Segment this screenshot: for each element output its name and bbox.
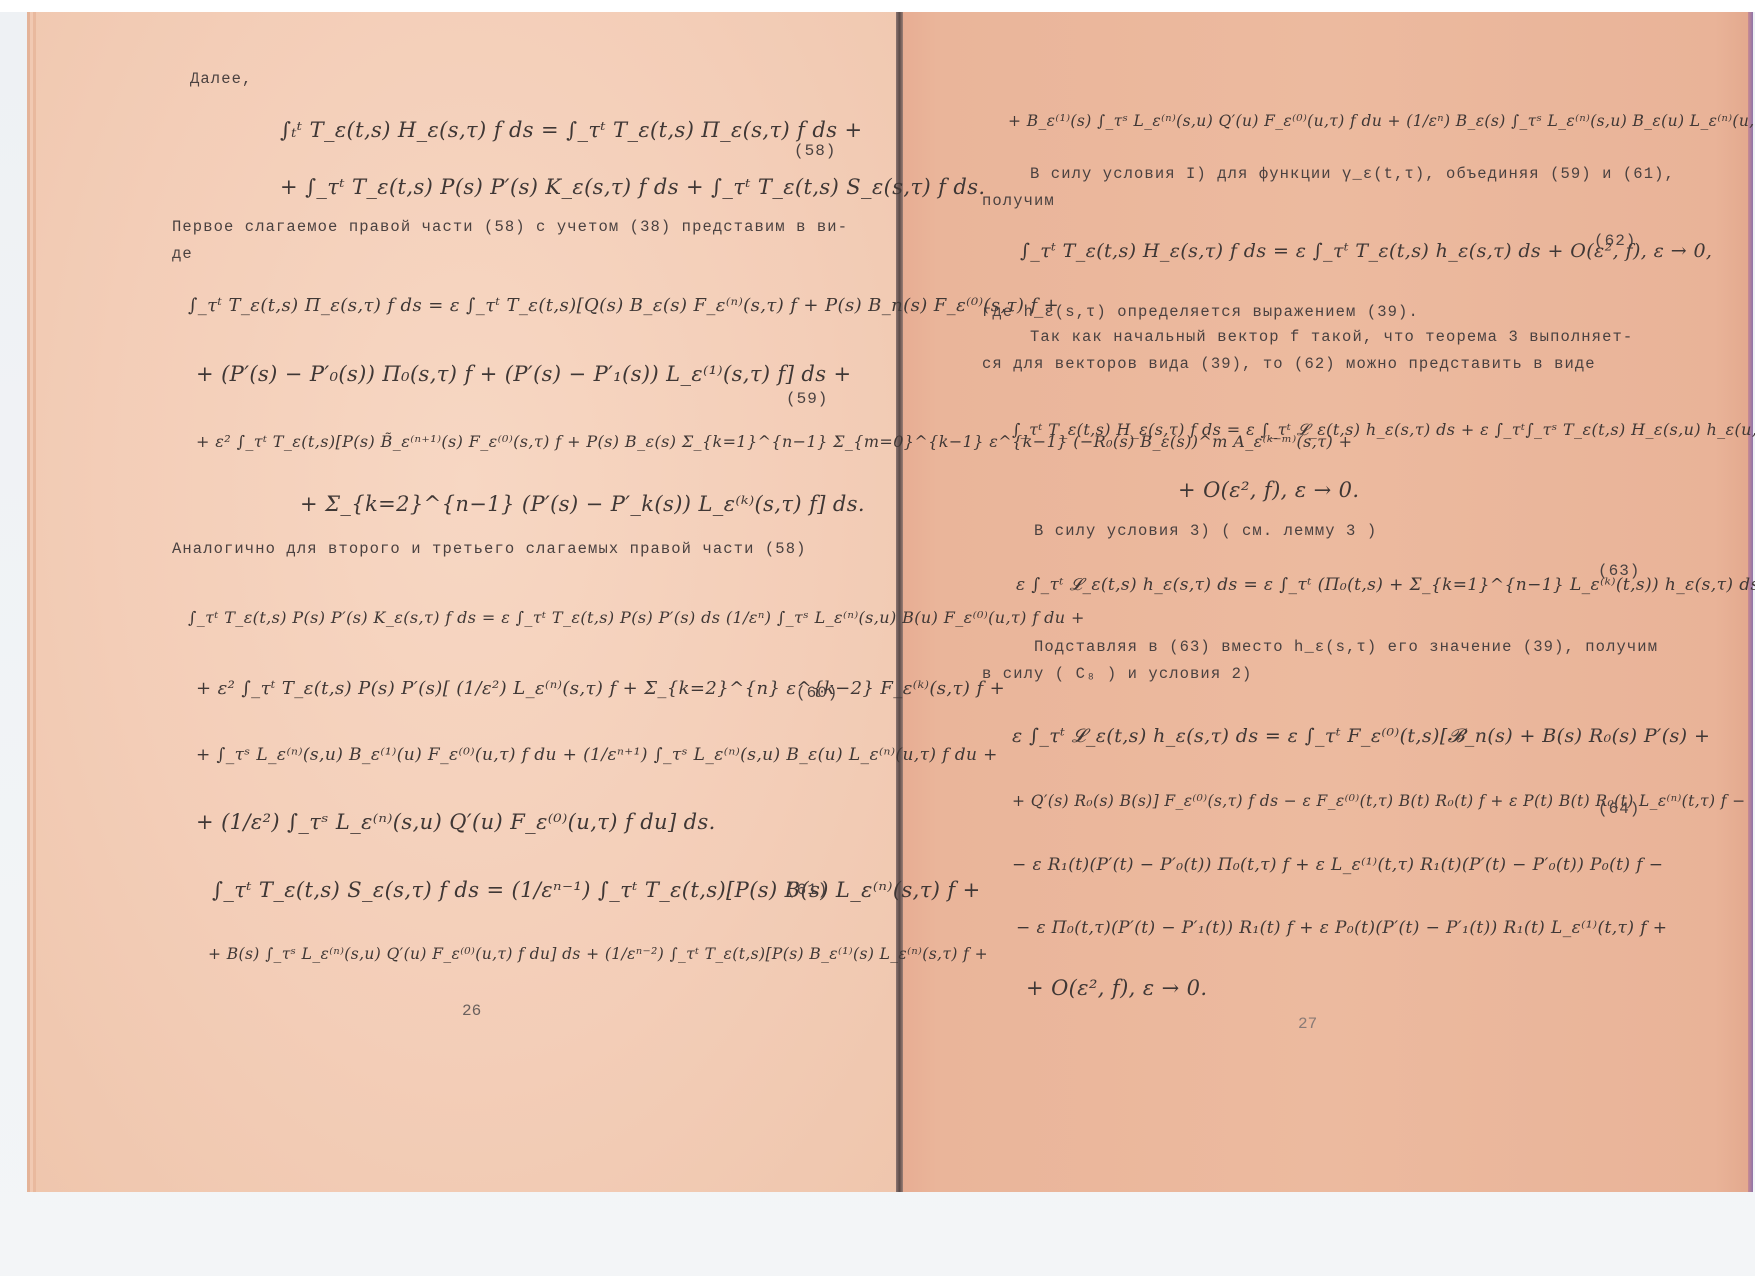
text-line: В силу условия 3) ( см. лемму 3 ) [1034, 522, 1377, 540]
text-line: Аналогично для второго и третьего слагае… [172, 540, 807, 558]
text-line: де [172, 245, 193, 263]
equation-line: ∫_τᵗ T_ε(t,s) P(s) P′(s) K_ε(s,τ) f ds =… [188, 608, 1085, 627]
text-line: Подставляя в (63) вместо h_ε(s,τ) его зн… [1034, 638, 1658, 656]
right-page-edge [1748, 12, 1753, 1192]
equation-line: − ε R₁(t)(P′(t) − P′₀(t)) Π₀(t,τ) f + ε … [1012, 855, 1663, 875]
equation-line: + O(ε², f), ε → 0. [1026, 976, 1208, 1000]
equation-number: (58) [794, 142, 836, 160]
equation-line: ∫_τᵗ T_ε(t,s) Π_ε(s,τ) f ds = ε ∫_τᵗ T_ε… [188, 295, 1059, 316]
text-line: В силу условия I) для функции γ_ε(t,τ), … [1030, 165, 1675, 183]
equation-number: (64) [1598, 800, 1640, 818]
equation-line: + (P′(s) − P′₀(s)) Π₀(s,τ) f + (P′(s) − … [196, 362, 851, 386]
equation-line: + B(s) ∫_τˢ L_ε⁽ⁿ⁾(s,u) Q′(u) F_ε⁽⁰⁾(u,τ… [208, 945, 988, 963]
equation-number: (62) [1594, 232, 1636, 250]
equation-line: ε ∫_τᵗ 𝓛_ε(t,s) h_ε(s,τ) ds = ε ∫_τᵗ (Π₀… [1016, 575, 1755, 595]
equation-number: (60) [796, 684, 838, 702]
page-number: 27 [1298, 1015, 1317, 1033]
equation-line: − ε Π₀(t,τ)(P′(t) − P′₁(t)) R₁(t) f + ε … [1016, 918, 1667, 938]
text-line: в силу ( C₈ ) и условия 2) [982, 665, 1252, 683]
text-line: получим [982, 192, 1055, 210]
text-line: ся для векторов вида (39), то (62) можно… [982, 355, 1596, 373]
equation-line: + ε² ∫_τᵗ T_ε(t,s) P(s) P′(s)[ (1/ε²) L_… [196, 678, 1005, 699]
equation-line: + ∫_τˢ L_ε⁽ⁿ⁾(s,u) B_ε⁽¹⁾(u) F_ε⁽⁰⁾(u,τ)… [196, 745, 998, 765]
text-line: Первое слагаемое правой части (58) с уче… [172, 218, 848, 236]
equation-line: ∫ₜᵗ T_ε(t,s) H_ε(s,τ) f ds = ∫_τᵗ T_ε(t,… [280, 118, 863, 142]
right-page [903, 12, 1749, 1192]
equation-line: + (1/ε²) ∫_τˢ L_ε⁽ⁿ⁾(s,u) Q′(u) F_ε⁽⁰⁾(u… [196, 810, 716, 834]
page-number: 26 [462, 1002, 481, 1020]
equation-line: ∫_τᵗ T_ε(t,s) H_ε(s,τ) f ds = ε ∫_τᵗ 𝓛_ε… [1012, 420, 1755, 440]
text-line: Далее, [190, 70, 252, 88]
text-line: где h_ε(s,τ) определяется выражением (39… [982, 303, 1419, 321]
equation-number: (59) [786, 390, 828, 408]
equation-line: + Σ_{k=2}^{n−1} (P′(s) − P′_k(s)) L_ε⁽ᵏ⁾… [300, 492, 865, 516]
equation-line: + B_ε⁽¹⁾(s) ∫_τˢ L_ε⁽ⁿ⁾(s,u) Q′(u) F_ε⁽⁰… [1008, 112, 1755, 130]
equation-line: + O(ε², f), ε → 0. [1178, 478, 1360, 502]
equation-line: ∫_τᵗ T_ε(t,s) S_ε(s,τ) f ds = (1/εⁿ⁻¹) ∫… [212, 878, 981, 902]
equation-line: ε ∫_τᵗ 𝓛_ε(t,s) h_ε(s,τ) ds = ε ∫_τᵗ F_ε… [1012, 725, 1710, 747]
text-line: Так как начальный вектор f такой, что те… [1030, 328, 1633, 346]
equation-number: (61) [786, 881, 828, 899]
equation-number: (63) [1598, 562, 1640, 580]
equation-line: + ∫_τᵗ T_ε(t,s) P(s) P′(s) K_ε(s,τ) f ds… [280, 175, 986, 199]
